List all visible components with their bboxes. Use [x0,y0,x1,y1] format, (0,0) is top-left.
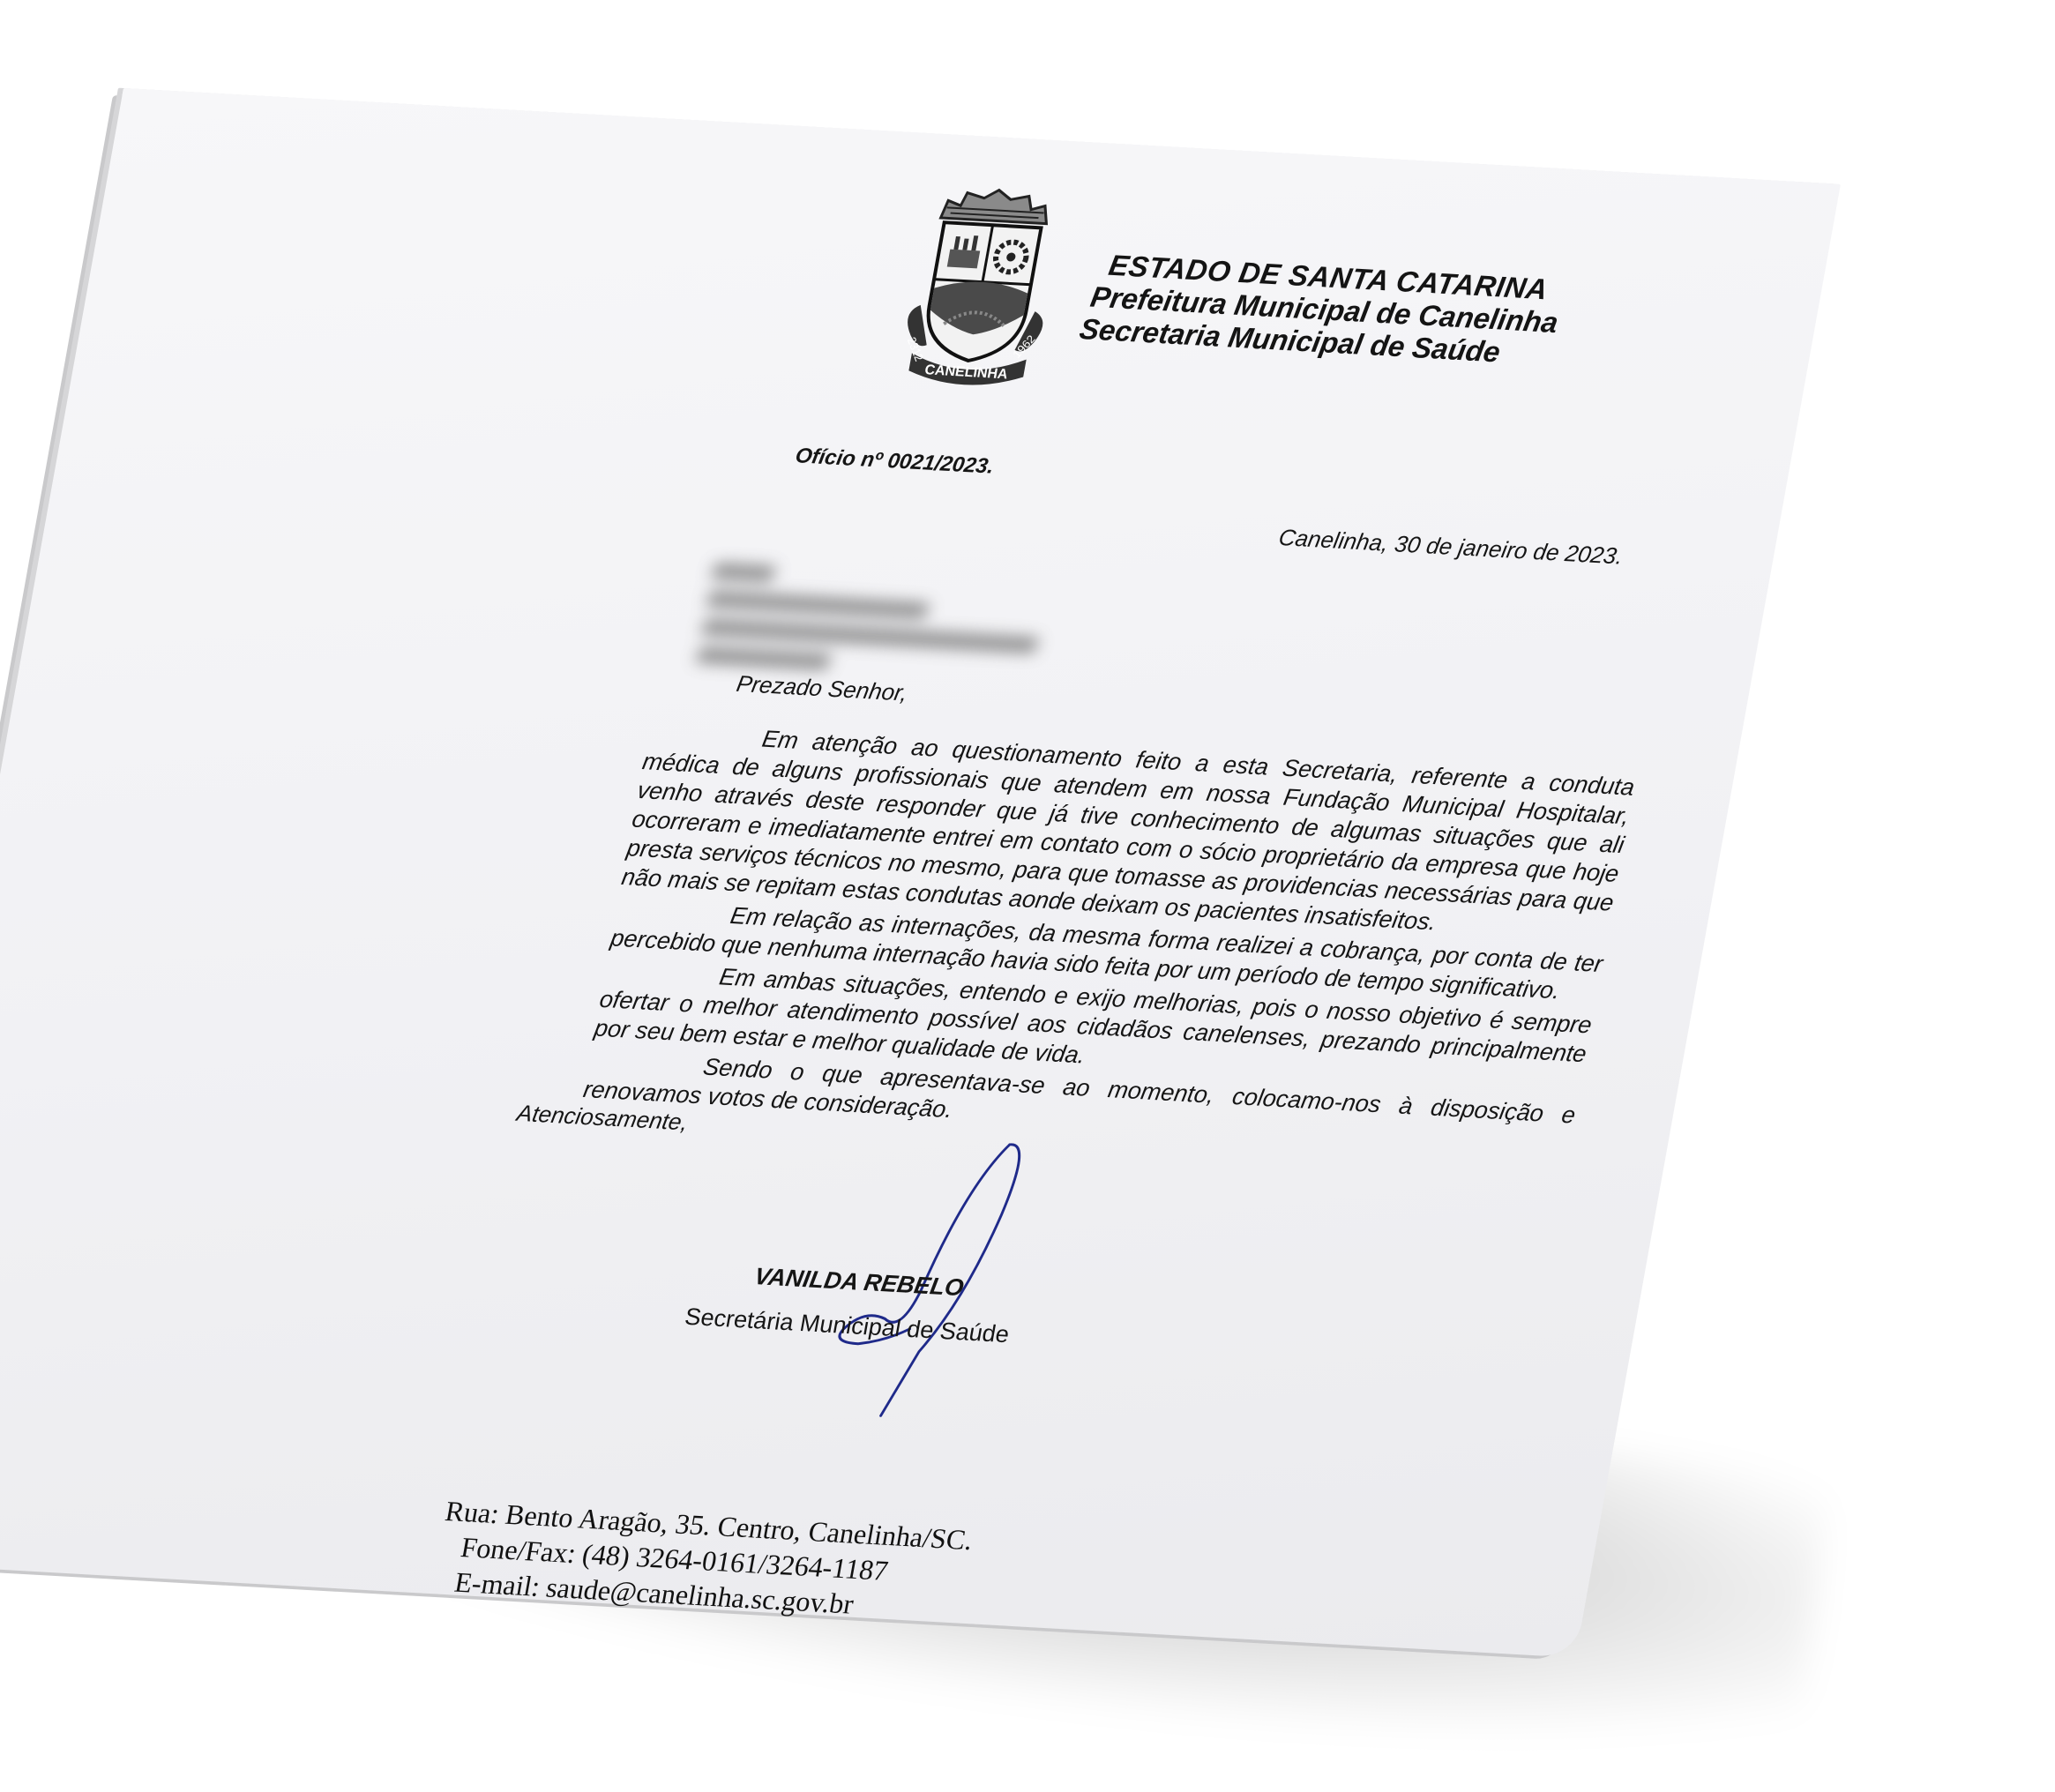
letter-page: CANELINHA 2312 1962 ESTADO DE SANTA CATA… [0,88,1841,1658]
letter-body: Em atenção ao questionamento feito a est… [580,718,1637,1162]
place-date: Canelinha, 30 de janeiro de 2023. [1276,524,1625,571]
letter-content: CANELINHA 2312 1962 ESTADO DE SANTA CATA… [0,88,1841,1658]
photo-stage: CANELINHA 2312 1962 ESTADO DE SANTA CATA… [0,0,2055,1792]
municipal-coat-of-arms-icon: CANELINHA 2312 1962 [880,181,1084,392]
document-reference: Ofício nº 0021/2023. [793,444,996,479]
letterhead: ESTADO DE SANTA CATARINA Prefeitura Muni… [1082,249,1566,372]
